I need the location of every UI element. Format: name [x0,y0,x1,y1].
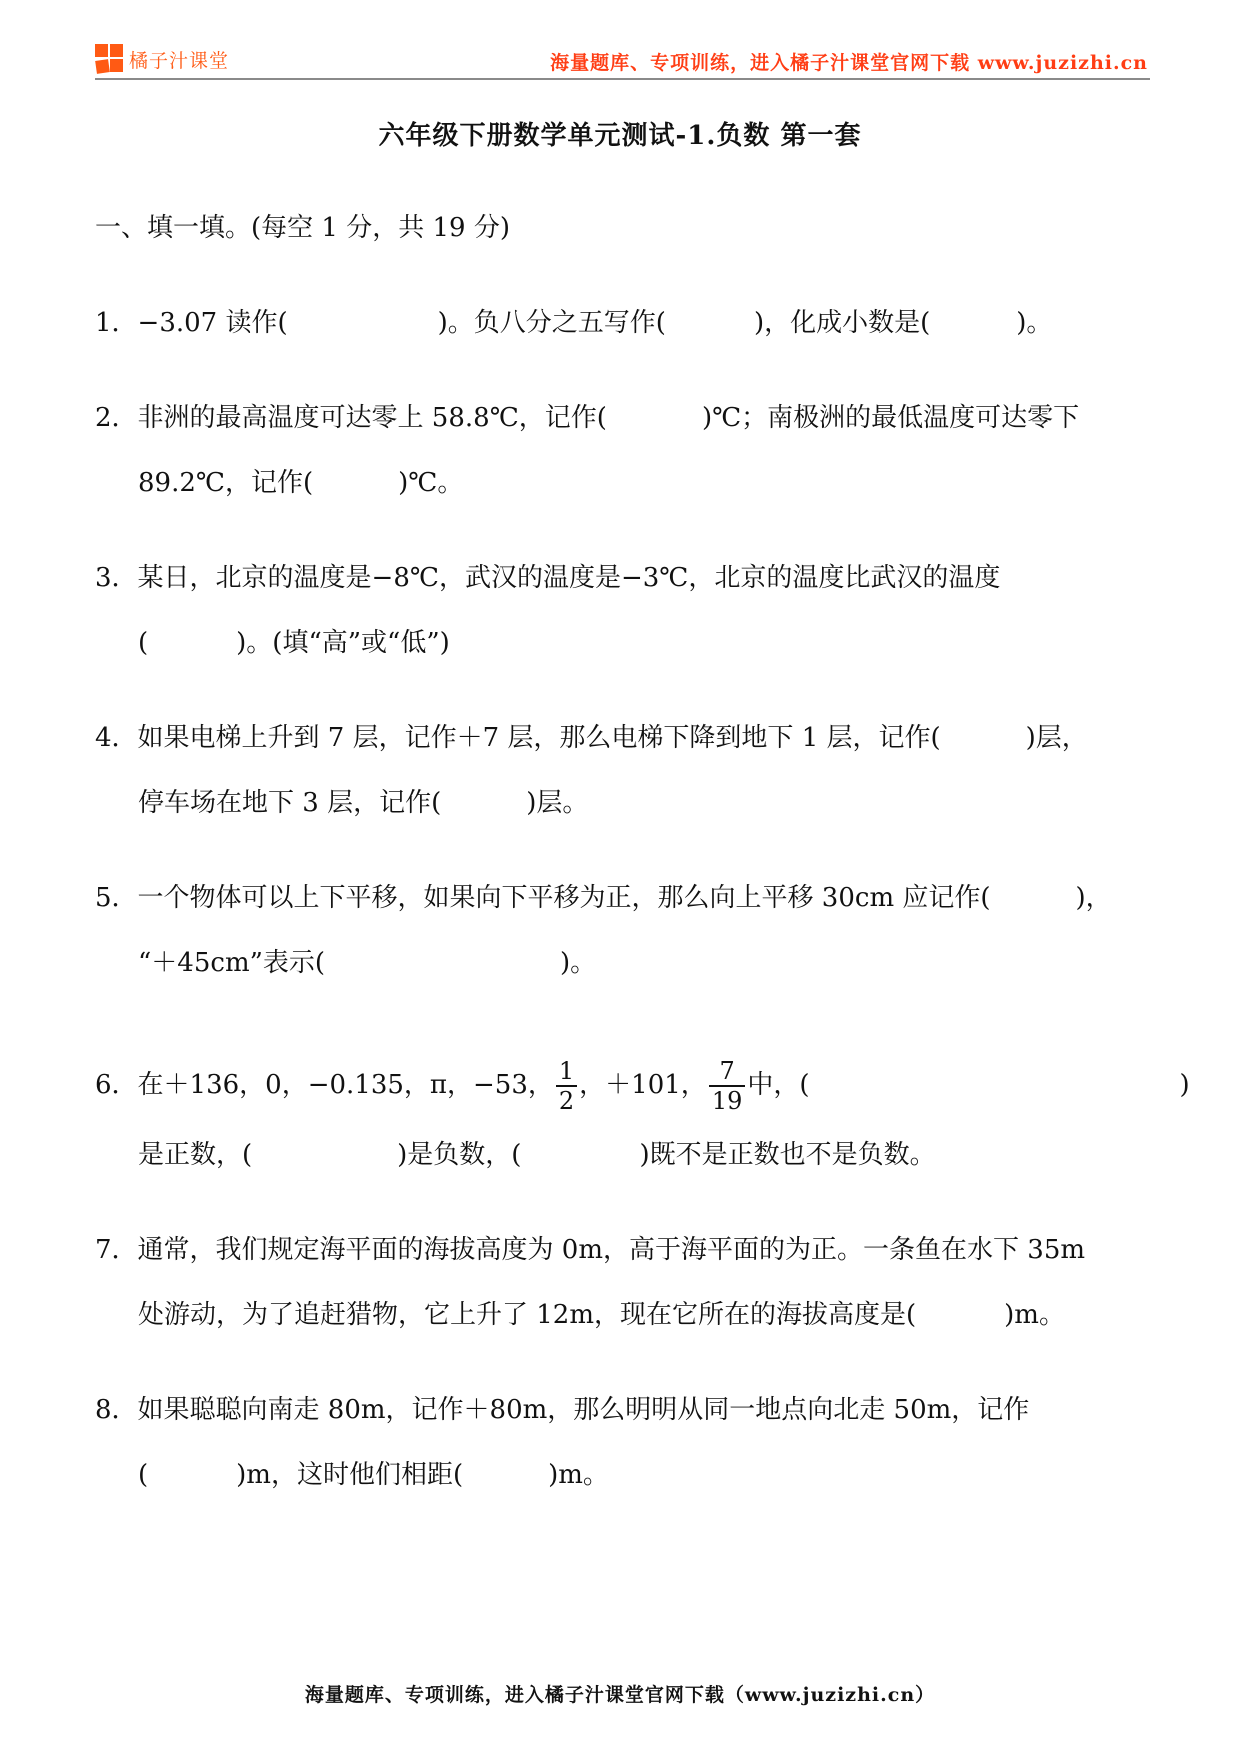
section-heading: 一、填一填。(每空 1 分，共 19 分) [95,211,510,245]
question-6-line-2: 是正数，()是负数，()既不是正数也不是负数。 [138,1138,936,1172]
question-number: 7． [95,1235,138,1265]
question-text: )， [1076,883,1112,913]
question-text: )m。 [1004,1300,1065,1330]
question-number: 4． [95,723,138,753]
question-6-line-1: 6．在＋136，0，−0.135，π，−53，12，＋101，719中，() [95,1050,1190,1120]
question-text: )℃；南极洲的最低温度可达零下 [702,403,1079,433]
question-7-line-2: 处游动，为了追赶猎物，它上升了 12m，现在它所在的海拔高度是()m。 [138,1298,1065,1332]
question-text: )℃。 [398,468,463,498]
question-text: )m，这时他们相距( [236,1460,463,1490]
question-4-line-1: 4．如果电梯上升到 7 层，记作＋7 层，那么电梯下降到地下 1 层，记作()层… [95,721,1088,755]
question-text: )m。 [548,1460,609,1490]
question-text: ( [138,628,148,658]
fraction-denominator: 19 [709,1087,746,1115]
fraction-seven-nineteenths: 719 [709,1057,746,1115]
question-7-line-1: 7．通常，我们规定海平面的海拔高度为 0m，高于海平面的为正。一条鱼在水下 35… [95,1233,1085,1267]
question-4-line-2: 停车场在地下 3 层，记作()层。 [138,786,588,820]
question-text: −3.07 读作( [138,308,288,338]
question-5-line-1: 5．一个物体可以上下平移，如果向下平移为正，那么向上平移 30cm 应记作()， [95,881,1112,915]
question-text: )。 [560,948,596,978]
fraction-denominator: 2 [556,1087,577,1115]
question-text: )。负八分之五写作( [438,308,666,338]
question-2-line-2: 89.2℃，记作()℃。 [138,466,463,500]
question-text: )既不是正数也不是负数。 [639,1140,935,1170]
question-text: 是正数，( [138,1140,252,1170]
question-text: “＋45cm”表示( [138,948,325,978]
fraction-numerator: 1 [556,1057,577,1087]
question-text: 处游动，为了追赶猎物，它上升了 12m，现在它所在的海拔高度是( [138,1300,916,1330]
question-text: )是负数，( [397,1140,521,1170]
page-title: 六年级下册数学单元测试-1.负数 第一套 [0,115,1240,152]
brand-name: 橘子汁课堂 [129,46,229,73]
logo-icon [95,44,125,74]
question-text: )层。 [526,788,588,818]
question-text: 停车场在地下 3 层，记作( [138,788,441,818]
question-3-line-1: 3．某日，北京的温度是−8℃，武汉的温度是−3℃，北京的温度比武汉的温度 [95,561,1000,595]
question-text: ( [138,1460,148,1490]
question-text: 在＋136，0，−0.135，π，−53， [138,1070,554,1100]
question-number: 1． [95,308,138,338]
fraction-one-half: 12 [556,1057,577,1115]
question-text: 89.2℃，记作( [138,468,313,498]
question-text: 非洲的最高温度可达零上 58.8℃，记作( [138,403,607,433]
question-number: 8． [95,1395,138,1425]
question-number: 6． [95,1070,138,1100]
question-number: 3． [95,563,138,593]
question-text: 某日，北京的温度是−8℃，武汉的温度是−3℃，北京的温度比武汉的温度 [138,563,1001,593]
page-header: 橘子汁课堂 海量题库、专项训练，进入橘子汁课堂官网下载 www.juzizhi.… [95,40,1150,80]
question-3-line-2: ()。(填“高”或“低”) [138,626,450,660]
question-number: 2． [95,403,138,433]
question-text: 如果电梯上升到 7 层，记作＋7 层，那么电梯下降到地下 1 层，记作( [138,723,941,753]
question-5-line-2: “＋45cm”表示()。 [138,946,596,980]
question-8-line-1: 8．如果聪聪向南走 80m，记作＋80m，那么明明从同一地点向北走 50m，记作 [95,1393,1029,1427]
question-text: )层， [1026,723,1088,753]
brand-logo: 橘子汁课堂 [95,44,229,74]
question-text: 通常，我们规定海平面的海拔高度为 0m，高于海平面的为正。一条鱼在水下 35m [138,1235,1085,1265]
fraction-numerator: 7 [709,1057,746,1087]
question-text: )。(填“高”或“低”) [236,628,450,658]
question-number: 5． [95,883,138,913]
question-text: )。 [1016,308,1052,338]
question-1: 1．−3.07 读作()。负八分之五写作()，化成小数是()。 [95,306,1052,340]
question-text: 如果聪聪向南走 80m，记作＋80m，那么明明从同一地点向北走 50m，记作 [138,1395,1030,1425]
question-text: )，化成小数是( [754,308,930,338]
question-8-line-2: ()m，这时他们相距()m。 [138,1458,609,1492]
question-text: ) [1180,1070,1190,1100]
question-text: 中，( [747,1070,809,1100]
page-footer: 海量题库、专项训练，进入橘子汁课堂官网下载（www.juzizhi.cn） [0,1680,1240,1707]
question-text: 一个物体可以上下平移，如果向下平移为正，那么向上平移 30cm 应记作( [138,883,991,913]
question-2-line-1: 2．非洲的最高温度可达零上 58.8℃，记作()℃；南极洲的最低温度可达零下 [95,401,1079,435]
header-slogan: 海量题库、专项训练，进入橘子汁课堂官网下载 www.juzizhi.cn [550,48,1148,75]
question-text: ，＋101， [579,1070,707,1100]
